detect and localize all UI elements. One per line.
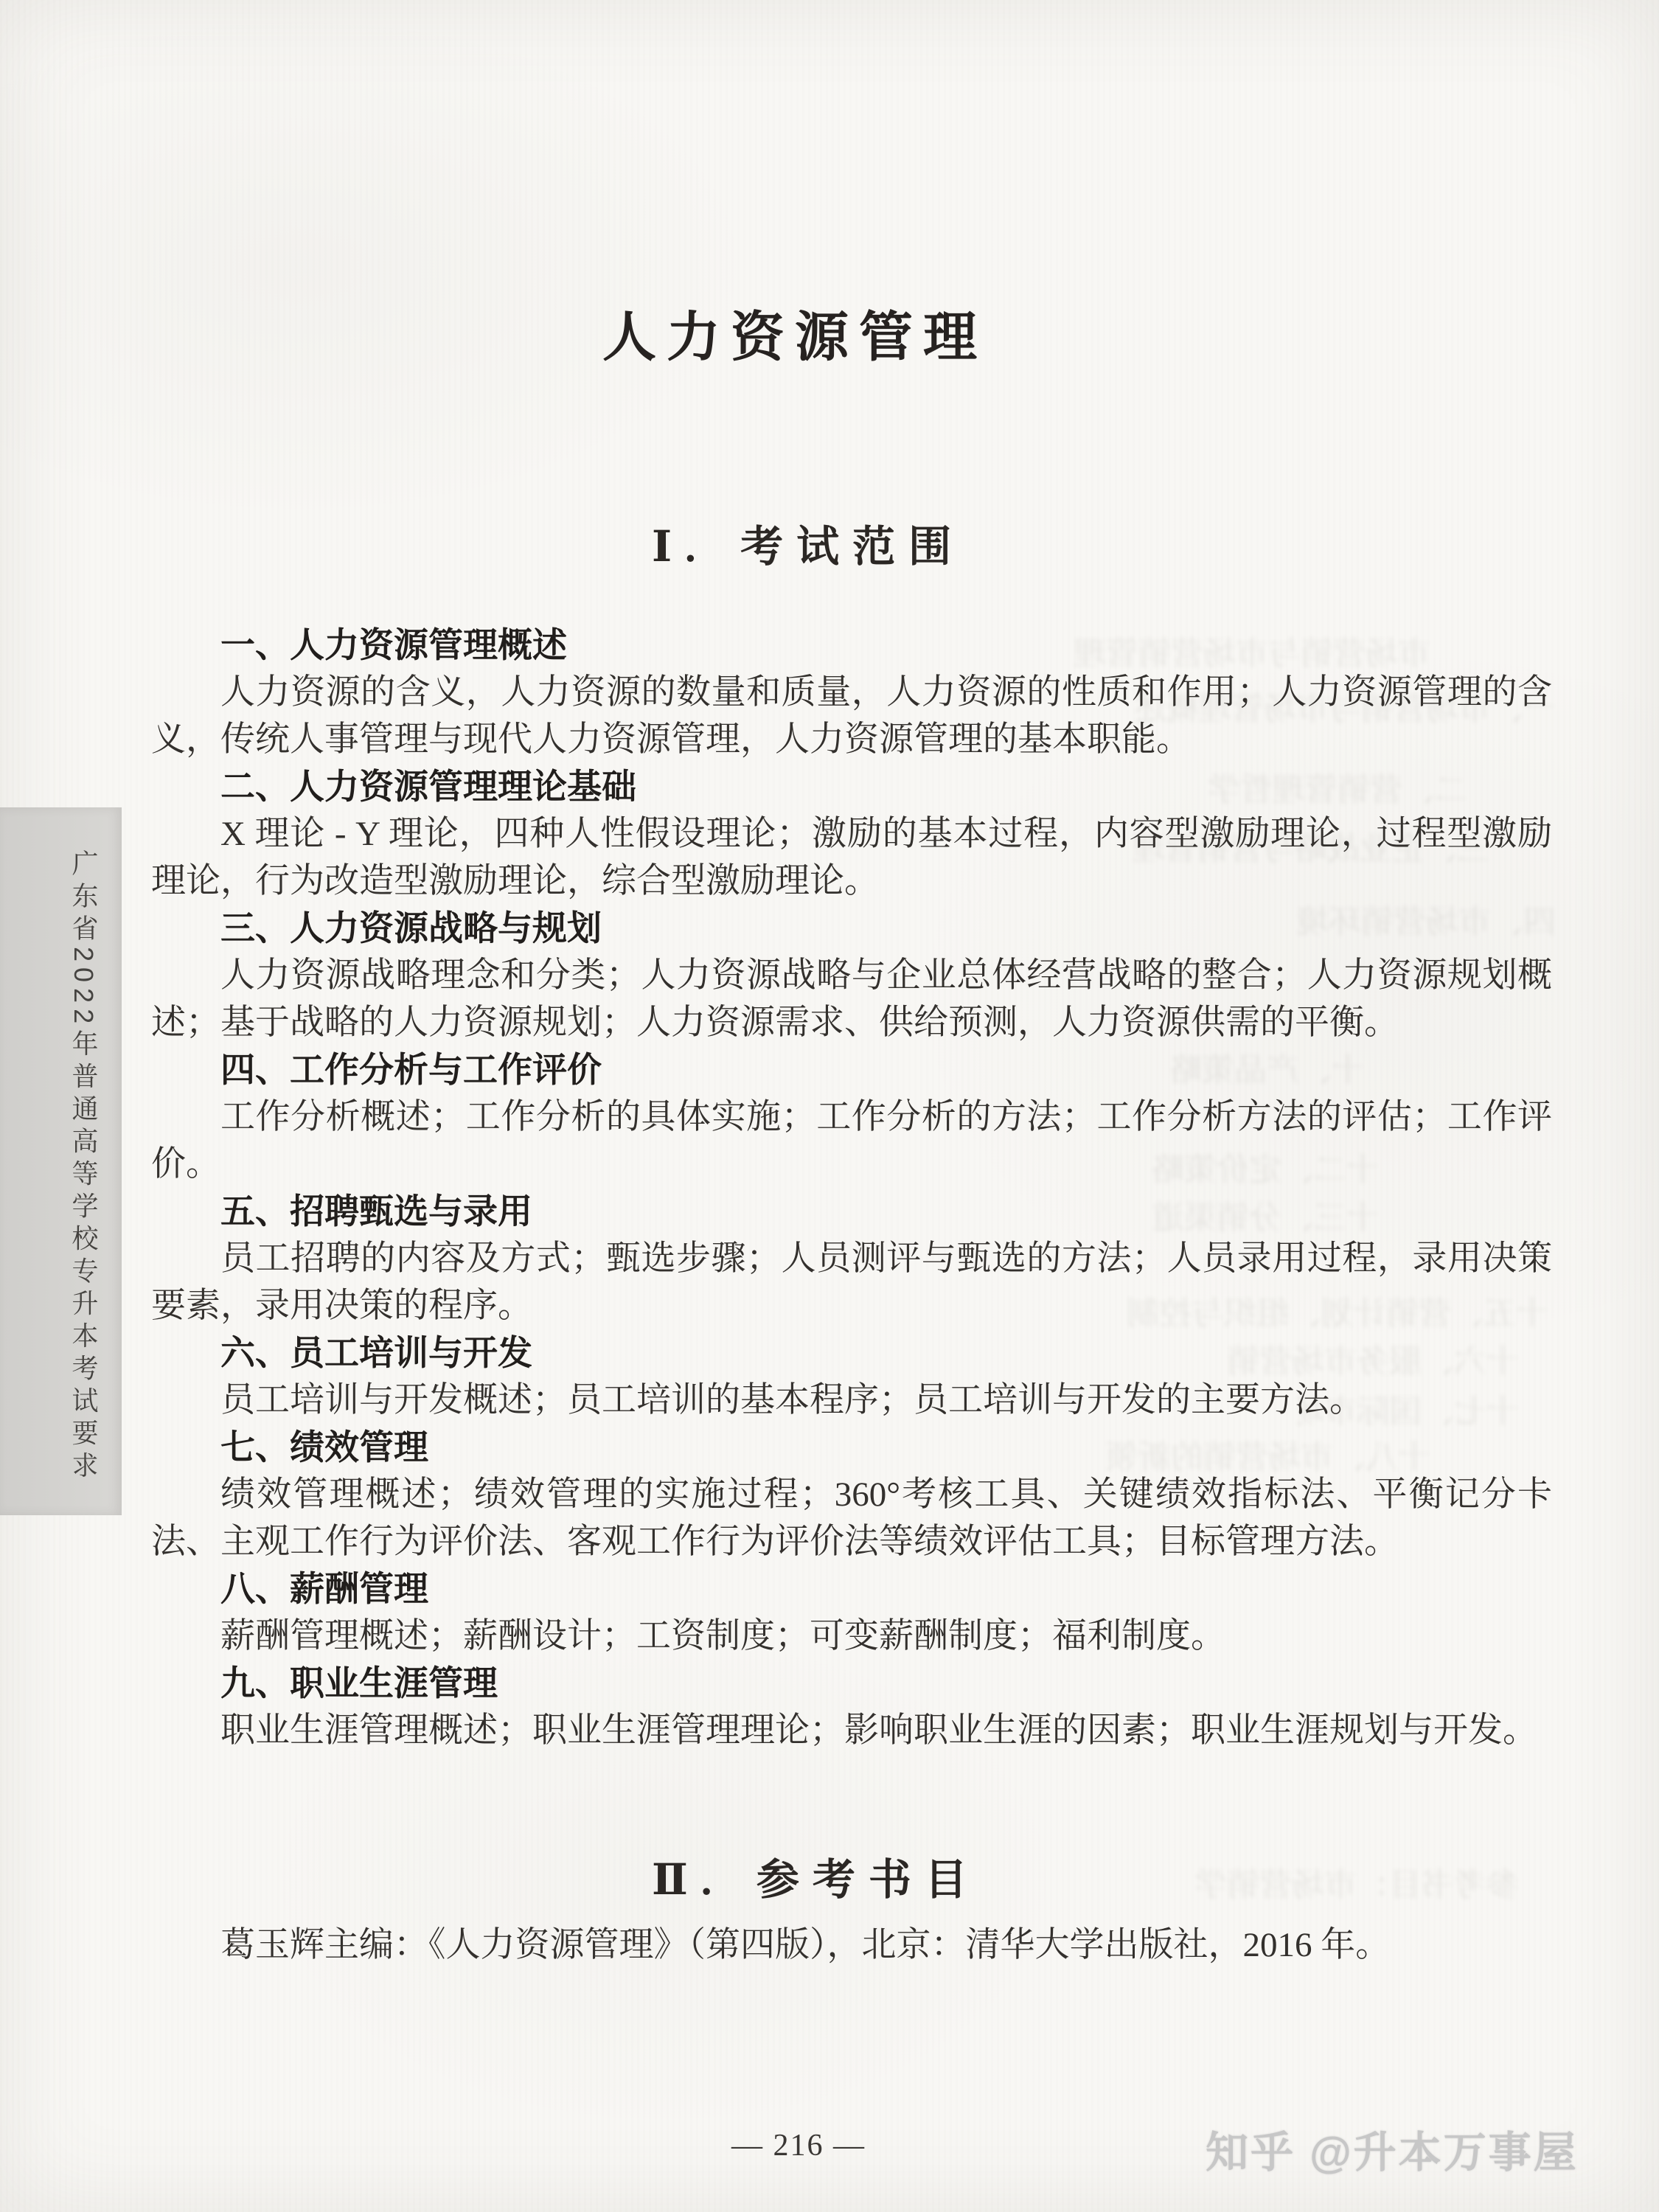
- scope-item-title: 九、职业生涯管理: [151, 1660, 1552, 1707]
- scanned-document-page: 市场营销与市场营销管理 一、市场营销与市场管理概述 二、营销管理哲学 三、企业战…: [0, 0, 1659, 2212]
- document-title: 人力资源管理: [602, 293, 987, 371]
- scope-item-title: 六、员工培训与开发: [151, 1329, 1552, 1377]
- scope-item-body: 绩效管理概述；绩效管理的实施过程；360°考核工具、关键绩效指标法、平衡记分卡法…: [151, 1471, 1552, 1565]
- scope-item-title: 四、工作分析与工作评价: [151, 1046, 1552, 1093]
- scope-item-body: 工作分析概述；工作分析的具体实施；工作分析的方法；工作分析方法的评估；工作评价。: [151, 1093, 1552, 1188]
- sidebar-note: 广东省2022年普通高等学校专升本考试要求: [65, 849, 102, 1506]
- scope-item-body: 薪酬管理概述；薪酬设计；工资制度；可变薪酬制度；福利制度。: [151, 1613, 1552, 1660]
- scope-item-body: 员工招聘的内容及方式；甄选步骤；人员测评与甄选的方法；人员录用过程，录用决策要素…: [151, 1235, 1552, 1329]
- bleed-text: 参考书目：市场营销学: [1106, 1858, 1519, 1905]
- scope-item-body: 职业生涯管理概述；职业生涯管理理论；影响职业生涯的因素；职业生涯规划与开发。: [151, 1707, 1552, 1754]
- page-number: — 216 —: [721, 2128, 876, 2163]
- scope-item-title: 八、薪酬管理: [151, 1565, 1552, 1613]
- scope-item-body: 员工培训与开发概述；员工培训的基本程序；员工培训与开发的主要方法。: [151, 1377, 1552, 1424]
- scope-item-title: 一、人力资源管理概述: [151, 622, 1552, 669]
- scope-item-title: 七、绩效管理: [151, 1424, 1552, 1471]
- section-heading-references: Ⅱ. 参考书目: [652, 1845, 981, 1907]
- exam-scope-list: 一、人力资源管理概述 人力资源的含义，人力资源的数量和质量，人力资源的性质和作用…: [151, 622, 1552, 1754]
- reference-entry: 葛玉辉主编：《人力资源管理》（第四版），北京：清华大学出版社，2016 年。: [151, 1921, 1552, 1969]
- section-heading-exam-scope: Ⅰ. 考试范围: [652, 512, 964, 574]
- sidebar-band: [0, 807, 122, 1515]
- scope-item-body: 人力资源战略理念和分类；人力资源战略与企业总体经营战略的整合；人力资源规划概述；…: [151, 952, 1552, 1046]
- scope-item-title: 二、人力资源管理理论基础: [151, 763, 1552, 810]
- scope-item-body: 人力资源的含义，人力资源的数量和质量，人力资源的性质和作用；人力资源管理的含义，…: [151, 669, 1552, 763]
- scope-item-title: 三、人力资源战略与规划: [151, 905, 1552, 952]
- scope-item-title: 五、招聘甄选与录用: [151, 1188, 1552, 1235]
- scope-item-body: X 理论 - Y 理论，四种人性假设理论；激励的基本过程，内容型激励理论，过程型…: [151, 810, 1552, 905]
- watermark: 知乎 @升本万事屋: [1206, 2118, 1579, 2180]
